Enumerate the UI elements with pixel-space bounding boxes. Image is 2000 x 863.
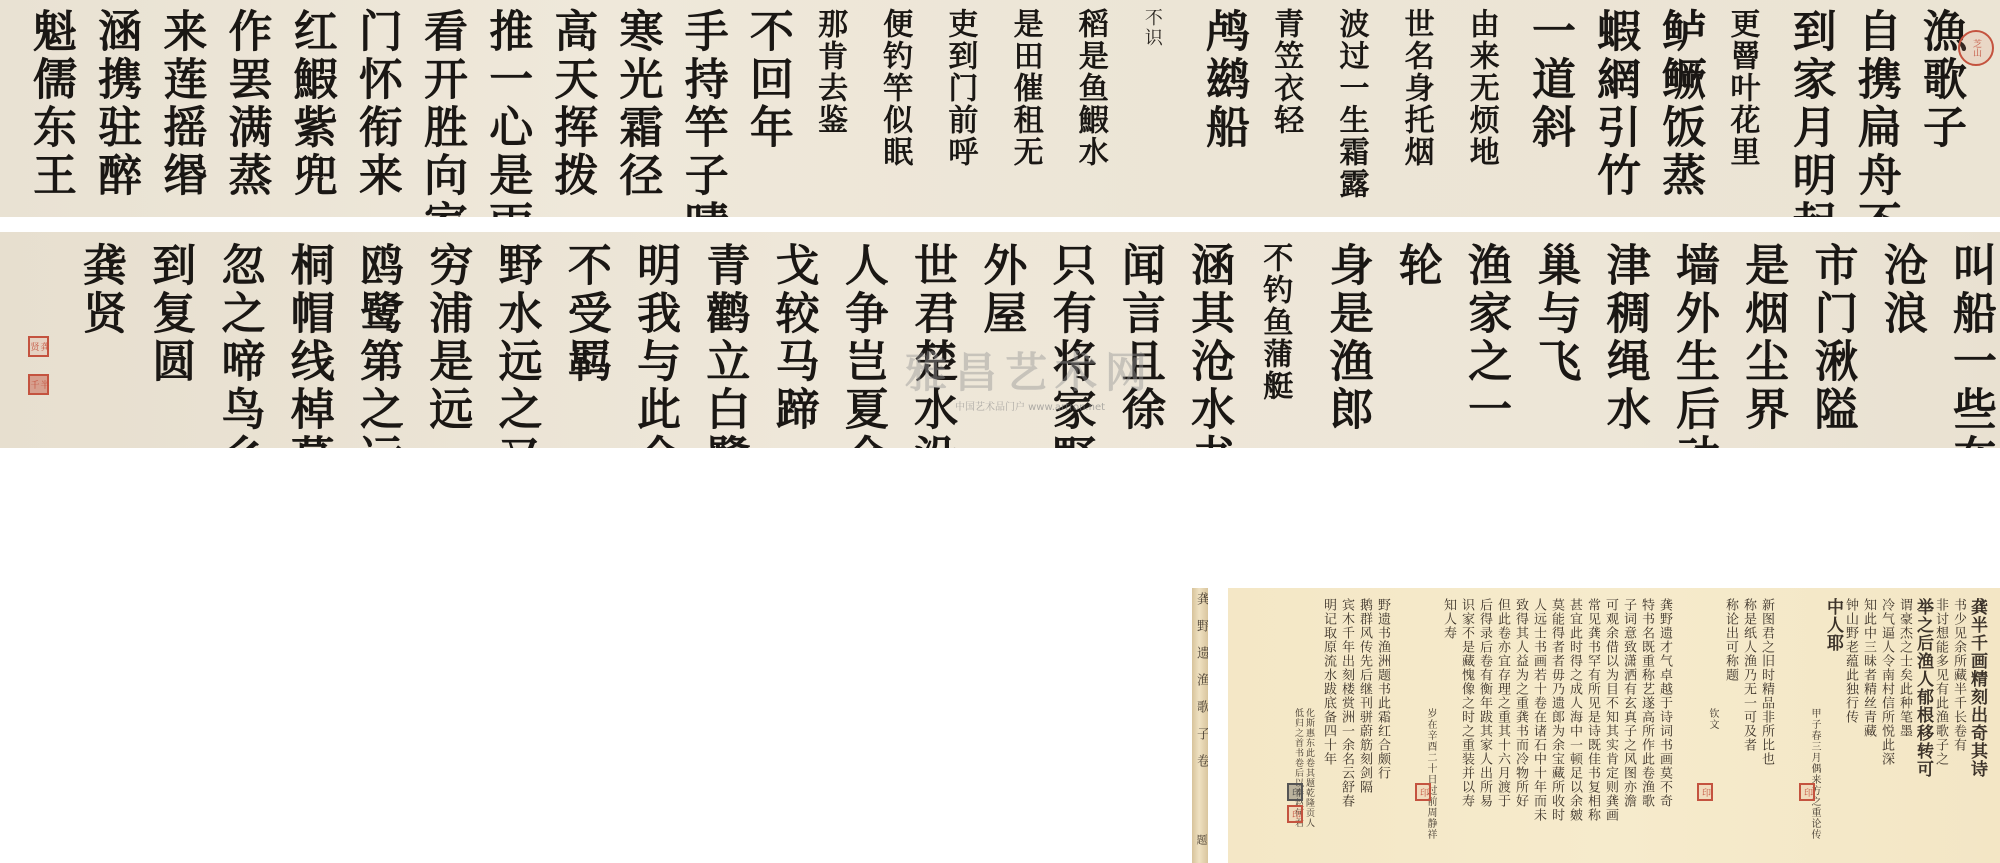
calligraphy-column: 外屋 (968, 242, 1032, 338)
colophon-column: 称论出可称题 (1721, 598, 1740, 682)
colophon-column: 宾木千年出刻楼赏洲一余名云舒春 (1337, 598, 1356, 808)
colophon-column: 但此卷亦宜存理之重其十六月渡于 (1493, 598, 1512, 808)
calligraphy-column: 那肯去鉴 (807, 8, 851, 136)
calligraphy-column: 魁儒东王 (18, 8, 82, 200)
colophon-seal: 印 (1799, 783, 1815, 801)
calligraphy-column: 红鰕紫兜 (279, 8, 343, 200)
colophon-column: 称是纸人渔乃无一可及者 (1739, 598, 1758, 752)
colophon-column: 鹅群风传先后继刊骈蔚筋刻剑隔 (1355, 598, 1374, 794)
calligraphy-column: 更罾叶花里 (1719, 8, 1763, 168)
calligraphy-column: 蝦網引竹 (1582, 8, 1646, 200)
calligraphy-column: 世君楚水没 (899, 242, 963, 448)
scroll-section-2: 叫船一些在沧浪市门湫隘是烟尘界墙外生后动津稠绳水巢与飞渔家之一轮身是渔郎不钓鱼蒲… (0, 232, 2000, 448)
colophon-column: 知人寿 (1439, 598, 1458, 640)
calligraphy-column: 不钓鱼蒲艇 (1252, 242, 1296, 402)
calligraphy-column: 推一心是雨 (474, 8, 538, 217)
calligraphy-column: 野水远之又不 (484, 242, 548, 448)
calligraphy-column: 龚贤 (68, 242, 132, 338)
calligraphy-column: 忽之啼鸟乡 (207, 242, 271, 448)
colophon-seal: 印 (1415, 783, 1431, 801)
colophon-column: 常见龚书罕有所见是诗既佳书复相称 (1583, 598, 1602, 822)
colophon-column: 明记取原流水跋底备四十年 (1319, 598, 1338, 766)
colophon-column: 人远士书画若十卷在诸石中十年而未 (1529, 598, 1548, 822)
colophon-column: 后得录后卷有衡年跋其家人出所易 (1475, 598, 1494, 808)
calligraphy-column: 一道斜 (1517, 8, 1581, 152)
calligraphy-column: 手持竿子晴 (670, 8, 734, 217)
artist-seal-1: 龚贤 (28, 336, 49, 357)
colophon-column: 冷气逼人令南村信所悦此深 (1877, 598, 1896, 766)
colophon-column: 特书名既重称艺遂高所作此卷渔歌 (1637, 598, 1656, 808)
calligraphy-column: 戈较马蹄 (761, 242, 825, 434)
colophon-column: 野遗书渔洲题书此霜红合颇行 (1373, 598, 1392, 780)
calligraphy-column: 津稠绳水 (1592, 242, 1656, 434)
colophon-column: 中人耶 (1821, 598, 1846, 652)
colophon-signature: 甲子春三月偶来方之重论传 (1807, 708, 1822, 840)
calligraphy-column: 寒光霜径 (605, 8, 669, 200)
scroll-section-1: 漁歌子自携扁舟不到家月明起更罾叶花里鲈鳜饭蒸蝦網引竹一道斜由来无烦地世名身托烟波… (0, 0, 2000, 217)
calligraphy-column: 看开胜向家 (409, 8, 473, 217)
colophon-column: 龚半千画精刻出奇其诗 (1965, 598, 1990, 778)
colophon-column: 可观余借以为目不知其实肯定则龚画 (1601, 598, 1620, 822)
colophon-seal: 印 (1697, 783, 1713, 801)
colophon-column: 知此中三昧者精丝青藏 (1859, 598, 1878, 738)
collector-seal-round: 芝山 (1958, 30, 1994, 66)
calligraphy-column: 漁歌子 (1908, 8, 1972, 152)
colophon-column: 致得其人益为之重龚书而冷物所好 (1511, 598, 1530, 808)
colophon-column: 甚宜此时得之成人海中一顿足以余皴 (1565, 598, 1584, 822)
calligraphy-column: 巢与飞 (1522, 242, 1586, 386)
calligraphy-column: 涵携驻醉 (83, 8, 147, 200)
colophon-signature: 钦文 (1705, 708, 1720, 730)
calligraphy-column: 人争岂夏金 (830, 242, 894, 448)
calligraphy-column: 轮 (1384, 242, 1448, 290)
calligraphy-column: 市门湫隘 (1799, 242, 1863, 434)
calligraphy-column: 渔家之一 (1453, 242, 1517, 434)
calligraphy-column: 到家月明起 (1778, 8, 1842, 217)
calligraphy-column: 世名身托烟 (1394, 8, 1438, 168)
calligraphy-column: 来莲摇缗 (148, 8, 212, 200)
calligraphy-column: 桐帽线棹暮 (276, 242, 340, 448)
calligraphy-column: 稻是鱼鰕水 (1068, 8, 1112, 168)
calligraphy-column: 墙外生后动 (1661, 242, 1725, 448)
calligraphy-column: 吏到门前呼 (937, 8, 981, 168)
calligraphy-column: 只有将家野 (1038, 242, 1102, 448)
calligraphy-column: 穷浦是远 (414, 242, 478, 434)
calligraphy-column: 波过一生霜露 (1328, 8, 1372, 200)
calligraphy-column: 明我与此合 (622, 242, 686, 448)
calligraphy-column: 沧浪 (1869, 242, 1933, 338)
calligraphy-column: 作罢满蒸 (214, 8, 278, 200)
colophon-panel: 龚半千画精刻出奇其诗书少见余所藏半千长卷有非讨想能多见有此渔歌子之举之后渔人郁根… (1228, 588, 2000, 863)
colophon-column: 子词意致潇洒有玄真子之风图亦澹 (1619, 598, 1638, 808)
calligraphy-column: 鸬鹚船 (1191, 8, 1255, 152)
colophon-seal: 印 (1287, 805, 1303, 823)
calligraphy-column: 到复圆 (137, 242, 201, 386)
colophon-column: 谓豪杰之士矣此种笔墨 (1895, 598, 1914, 738)
title-slip: 龚野遗渔歌子卷 题 (1192, 588, 1208, 863)
colophon-seal: 印 (1287, 783, 1303, 801)
calligraphy-column: 不识 (1139, 8, 1165, 48)
calligraphy-column: 青笠衣轻 (1263, 8, 1307, 136)
title-slip-text: 龚野遗渔歌子卷 (1192, 592, 1208, 781)
calligraphy-column: 是烟尘界 (1730, 242, 1794, 434)
colophon-column: 举之后渔人郁根移转可 (1911, 598, 1936, 778)
colophon-column: 新图君之旧时精品非所比也 (1757, 598, 1776, 766)
calligraphy-column: 自携扁舟不 (1843, 8, 1907, 217)
calligraphy-column: 高天挥拨 (539, 8, 603, 200)
calligraphy-column: 由来无烦地 (1459, 8, 1503, 168)
calligraphy-column: 不回年 (735, 8, 799, 152)
calligraphy-column: 叫船一些在 (1938, 242, 2000, 448)
calligraphy-column: 涵其沧水书 (1176, 242, 1240, 448)
colophon-column: 龚野遗才气卓越于诗词书画莫不奇 (1655, 598, 1674, 808)
calligraphy-column: 是田催租无 (1003, 8, 1047, 168)
calligraphy-column: 鲈鳜饭蒸 (1647, 8, 1711, 200)
colophon-signature: 岁在辛酉二十日过前周静祥 (1423, 708, 1438, 840)
artist-seal-2: 半千 (28, 374, 49, 395)
colophon-column: 识家不是藏愧像之时之重装并以寿 (1457, 598, 1476, 808)
calligraphy-column: 门怀衔来 (344, 8, 408, 200)
calligraphy-column: 不受羁 (553, 242, 617, 386)
title-slip-suffix: 题 (1193, 834, 1208, 855)
colophon-column: 书少见余所藏半千长卷有 (1949, 598, 1968, 752)
calligraphy-column: 便钓竿似眠 (872, 8, 916, 168)
calligraphy-column: 青鹳立白鹭 (691, 242, 755, 448)
calligraphy-column: 闻言且徐 (1107, 242, 1171, 434)
colophon-column: 莫能得者者毋乃遗郎为余宝藏所收时 (1547, 598, 1566, 822)
calligraphy-column: 身是渔郎 (1315, 242, 1379, 434)
calligraphy-column: 鸥鹭第之远 (345, 242, 409, 448)
